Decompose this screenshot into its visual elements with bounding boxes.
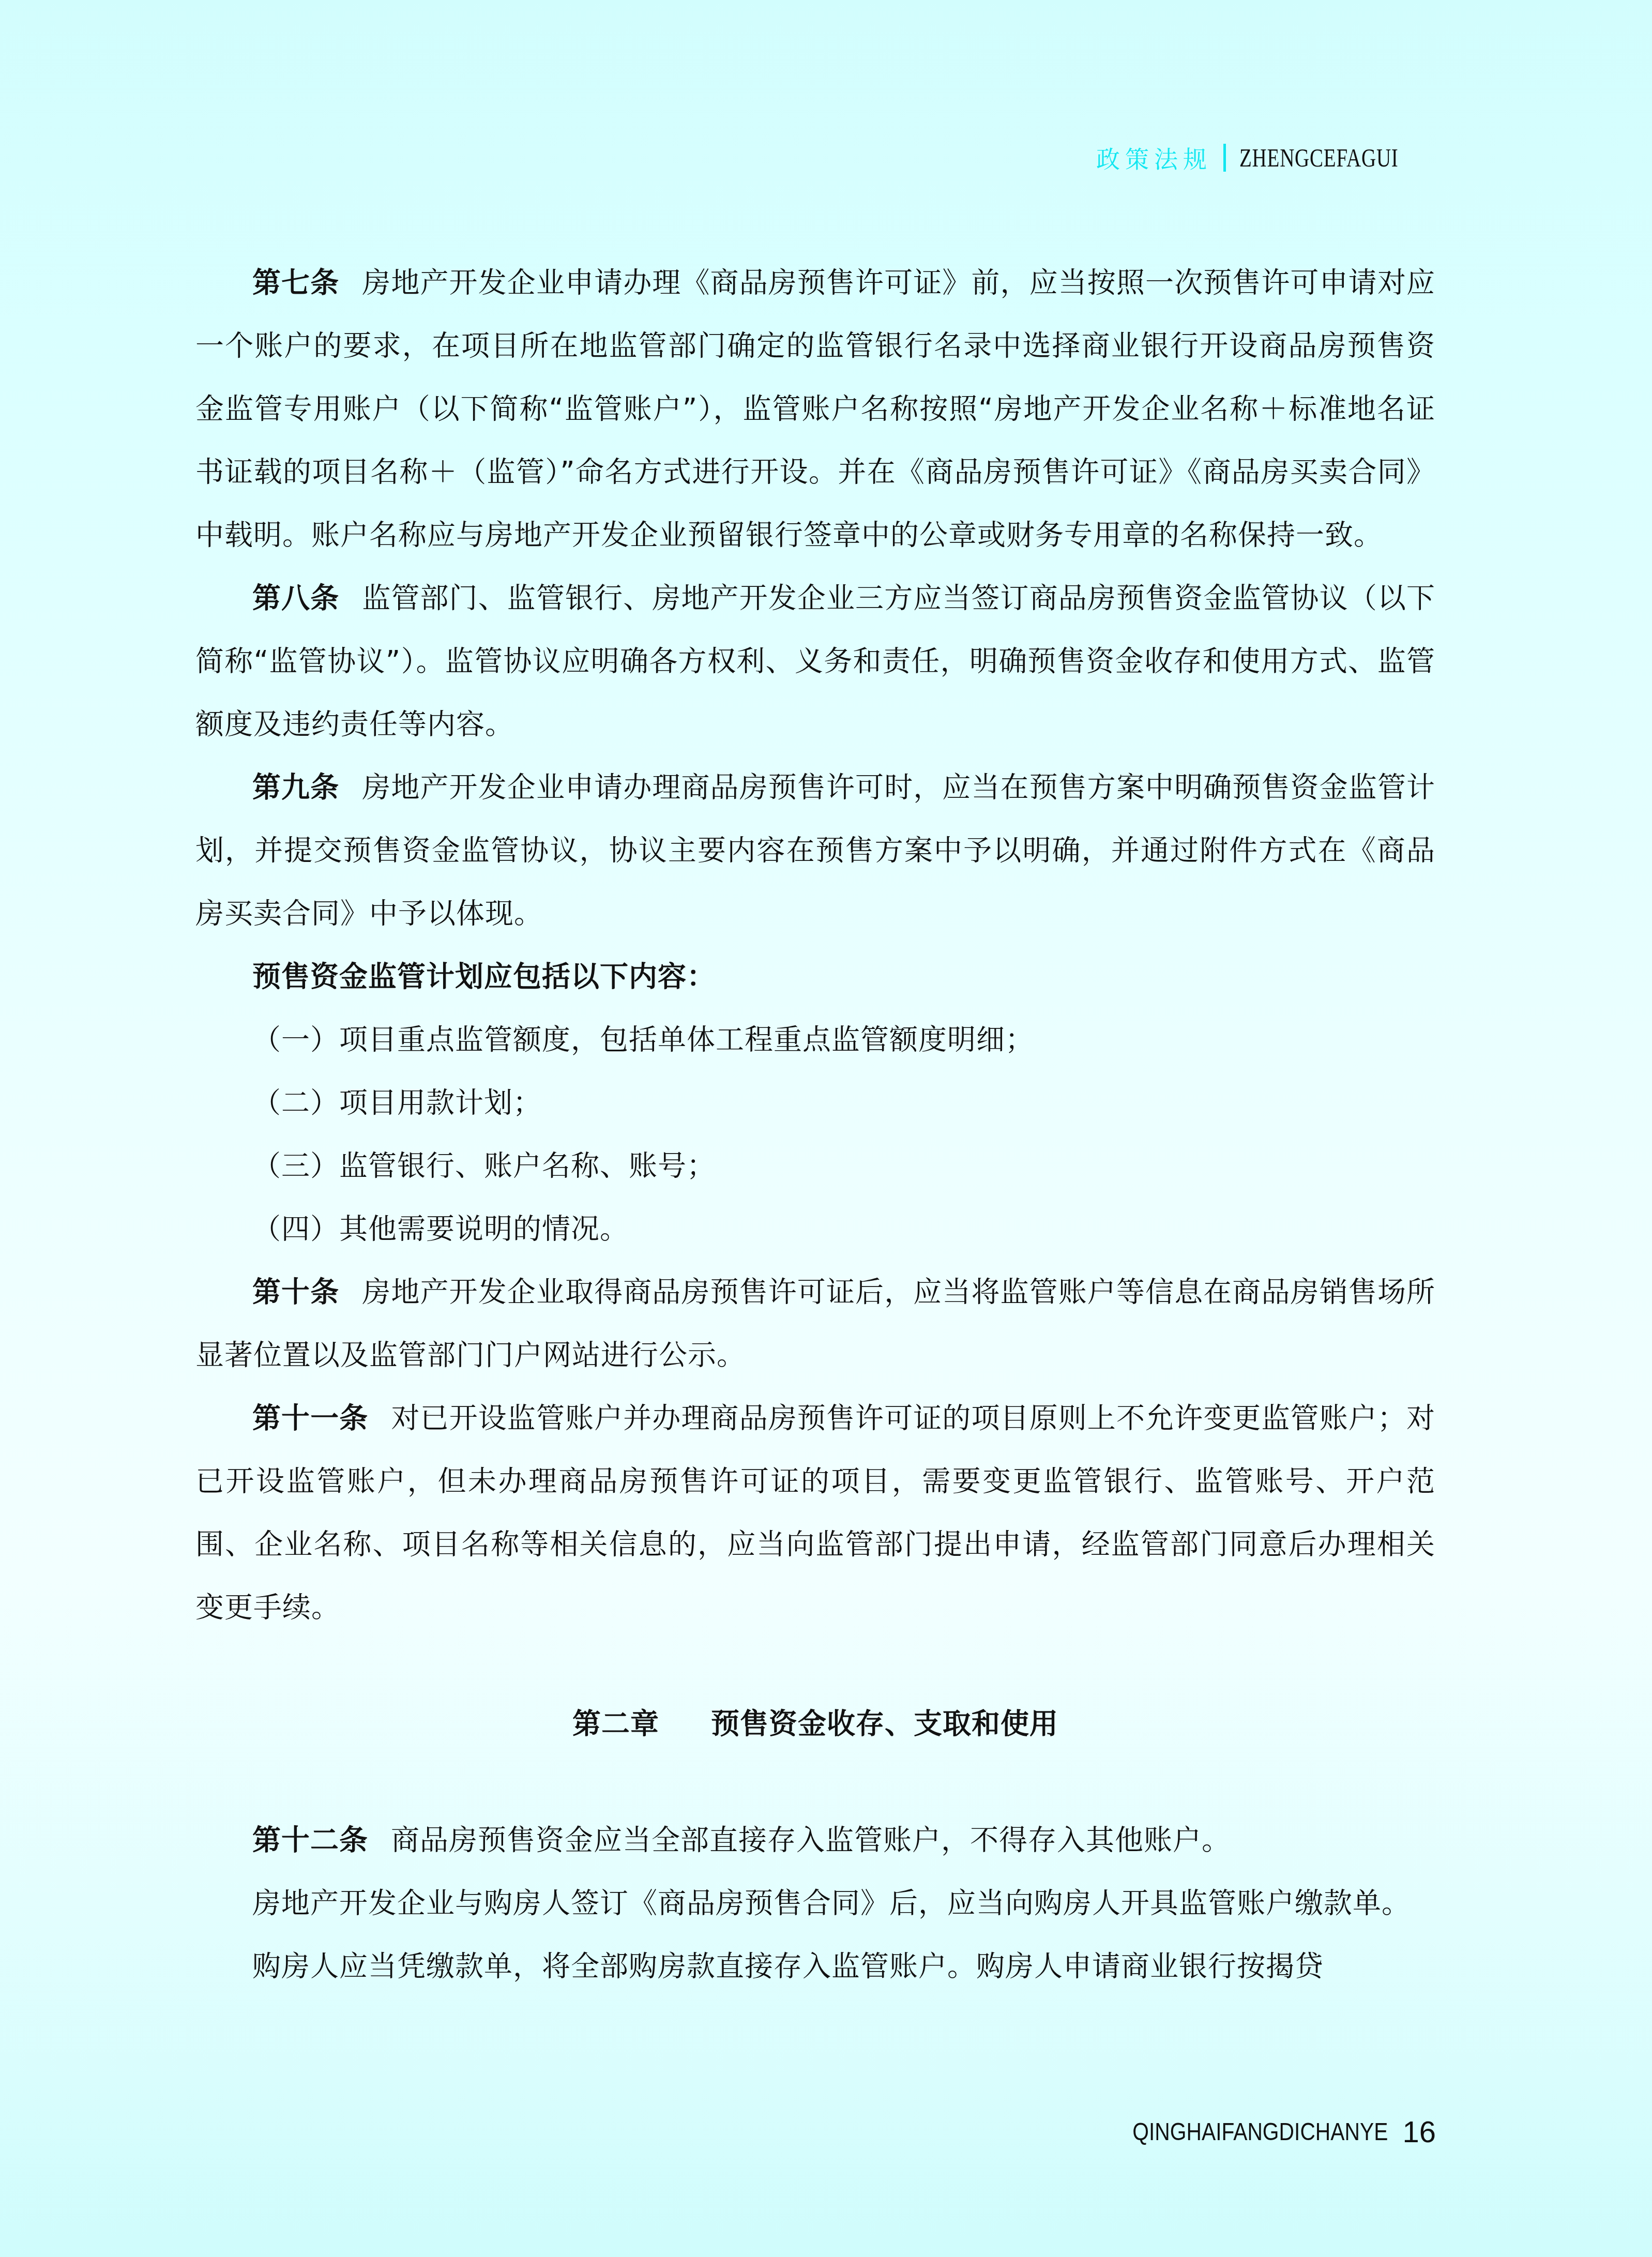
article-number: 第八条 [252, 581, 339, 614]
article-text: 商品房预售资金应当全部直接存入监管账户，不得存入其他账户。 [391, 1823, 1231, 1856]
article-text: 对已开设监管账户并办理商品房预售许可证的项目原则上不允许变更监管账户；对已开设监… [195, 1401, 1435, 1624]
article-number: 第九条 [252, 770, 339, 804]
plan-item-2: （二）项目用款计划； [195, 1071, 1435, 1134]
chapter-heading: 第二章预售资金收存、支取和使用 [195, 1692, 1435, 1755]
plan-item-1: （一）项目重点监管额度，包括单体工程重点监管额度明细； [195, 1008, 1435, 1071]
page-header: 政策法规 ZHENGCEFAGUI [1096, 137, 1441, 178]
article-number: 第十二条 [252, 1823, 368, 1856]
chapter-number: 第二章 [572, 1707, 659, 1740]
article-number: 第十一条 [252, 1401, 368, 1434]
article-number: 第七条 [252, 266, 339, 299]
paragraph-payment: 购房人应当凭缴款单，将全部购房款直接存入监管账户。购房人申请商业银行按揭贷 [195, 1934, 1435, 1997]
article-text: 监管部门、监管银行、房地产开发企业三方应当签订商品房预售资金监管协议（以下简称“… [195, 581, 1435, 740]
plan-heading: 预售资金监管计划应包括以下内容： [195, 945, 1435, 1008]
article-text: 房地产开发企业取得商品房预售许可证后，应当将监管账户等信息在商品房销售场所显著位… [195, 1275, 1435, 1371]
paragraph-contract: 房地产开发企业与购房人签订《商品房预售合同》后，应当向购房人开具监管账户缴款单。 [195, 1871, 1435, 1934]
plan-item-4: （四）其他需要说明的情况。 [195, 1197, 1435, 1260]
article-10: 第十条房地产开发企业取得商品房预售许可证后，应当将监管账户等信息在商品房销售场所… [195, 1260, 1435, 1386]
section-title-cn: 政策法规 [1096, 141, 1212, 175]
article-11: 第十一条对已开设监管账户并办理商品房预售许可证的项目原则上不允许变更监管账户；对… [195, 1386, 1435, 1639]
article-9: 第九条房地产开发企业申请办理商品房预售许可时，应当在预售方案中明确预售资金监管计… [195, 755, 1435, 945]
section-title-en: ZHENGCEFAGUI [1239, 143, 1397, 173]
publication-name: QINGHAIFANGDICHANYE [1132, 2118, 1388, 2146]
article-number: 第十条 [252, 1275, 339, 1308]
plan-item-3: （三）监管银行、账户名称、账号； [195, 1134, 1435, 1197]
article-text: 房地产开发企业申请办理《商品房预售许可证》前，应当按照一次预售许可申请对应一个账… [195, 266, 1435, 551]
page-number: 16 [1402, 2115, 1436, 2149]
article-12: 第十二条商品房预售资金应当全部直接存入监管账户，不得存入其他账户。 [195, 1808, 1435, 1871]
article-8: 第八条监管部门、监管银行、房地产开发企业三方应当签订商品房预售资金监管协议（以下… [195, 566, 1435, 755]
chapter-title: 预售资金收存、支取和使用 [711, 1707, 1058, 1740]
article-text: 房地产开发企业申请办理商品房预售许可时，应当在预售方案中明确预售资金监管计划，并… [195, 770, 1435, 930]
header-divider [1223, 144, 1226, 172]
page-footer: QINGHAIFANGDICHANYE 16 [1087, 2115, 1436, 2149]
document-body: 第七条房地产开发企业申请办理《商品房预售许可证》前，应当按照一次预售许可申请对应… [195, 251, 1435, 1997]
article-7: 第七条房地产开发企业申请办理《商品房预售许可证》前，应当按照一次预售许可申请对应… [195, 251, 1435, 566]
